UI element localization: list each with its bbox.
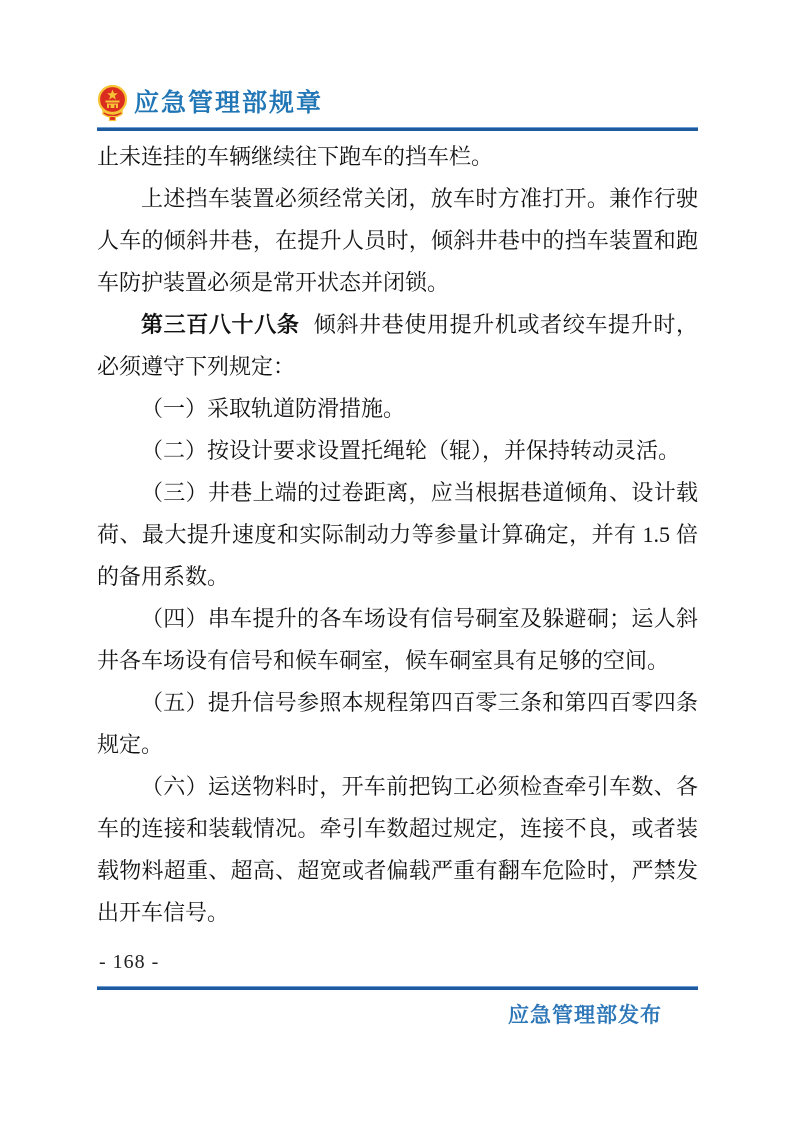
item-6: （六）运送物料时，开车前把钩工必须检查牵引车数、各车的连接和装载情况。牵引车数超… (97, 766, 698, 934)
paragraph-text: （五）提升信号参照本规程第四百零三条和第四百零四条规定。 (97, 690, 698, 757)
document-body: 止未连挂的车辆继续往下跑车的挡车栏。 上述挡车装置必须经常关闭，放车时方准打开。… (97, 136, 698, 934)
paragraph-text: （二）按设计要求设置托绳轮（辊），并保持转动灵活。 (141, 438, 680, 463)
item-3: （三）井巷上端的过卷距离，应当根据巷道倾角、设计载荷、最大提升速度和实际制动力等… (97, 472, 698, 598)
china-national-emblem-icon (97, 84, 128, 122)
article-number: 第三百八十八条 (141, 312, 299, 337)
page-header: 应急管理部规章 (97, 84, 698, 122)
item-5: （五）提升信号参照本规程第四百零三条和第四百零四条规定。 (97, 682, 698, 766)
item-1: （一）采取轨道防滑措施。 (97, 388, 698, 430)
item-2: （二）按设计要求设置托绳轮（辊），并保持转动灵活。 (97, 430, 698, 472)
article-388-paragraph: 第三百八十八条倾斜井巷使用提升机或者绞车提升时，必须遵守下列规定： (97, 304, 698, 388)
paragraph-text: （六）运送物料时，开车前把钩工必须检查牵引车数、各车的连接和装载情况。牵引车数超… (97, 774, 698, 925)
publisher-label: 应急管理部发布 (97, 999, 662, 1029)
paragraph-text: （一）采取轨道防滑措施。 (141, 396, 405, 421)
document-page: 应急管理部规章 止未连挂的车辆继续往下跑车的挡车栏。 上述挡车装置必须经常关闭，… (0, 0, 793, 1122)
page-number: - 168 - (99, 951, 159, 974)
paragraph-text: （三）井巷上端的过卷距离，应当根据巷道倾角、设计载荷、最大提升速度和实际制动力等… (97, 480, 698, 589)
paragraph-text: 上述挡车装置必须经常关闭，放车时方准打开。兼作行驶人车的倾斜井巷，在提升人员时，… (97, 186, 698, 295)
item-4: （四）串车提升的各车场设有信号硐室及躲避硐；运人斜井各车场设有信号和候车硐室，候… (97, 598, 698, 682)
page-title: 应急管理部规章 (134, 84, 323, 122)
paragraph-text: （四）串车提升的各车场设有信号硐室及躲避硐；运人斜井各车场设有信号和候车硐室，候… (97, 606, 698, 673)
paragraph-block-devices: 上述挡车装置必须经常关闭，放车时方准打开。兼作行驶人车的倾斜井巷，在提升人员时，… (97, 178, 698, 304)
paragraph-text: 止未连挂的车辆继续往下跑车的挡车栏。 (97, 144, 493, 169)
footer-rule (97, 986, 698, 990)
paragraph-continuation: 止未连挂的车辆继续往下跑车的挡车栏。 (97, 136, 698, 178)
header-rule (97, 127, 698, 131)
